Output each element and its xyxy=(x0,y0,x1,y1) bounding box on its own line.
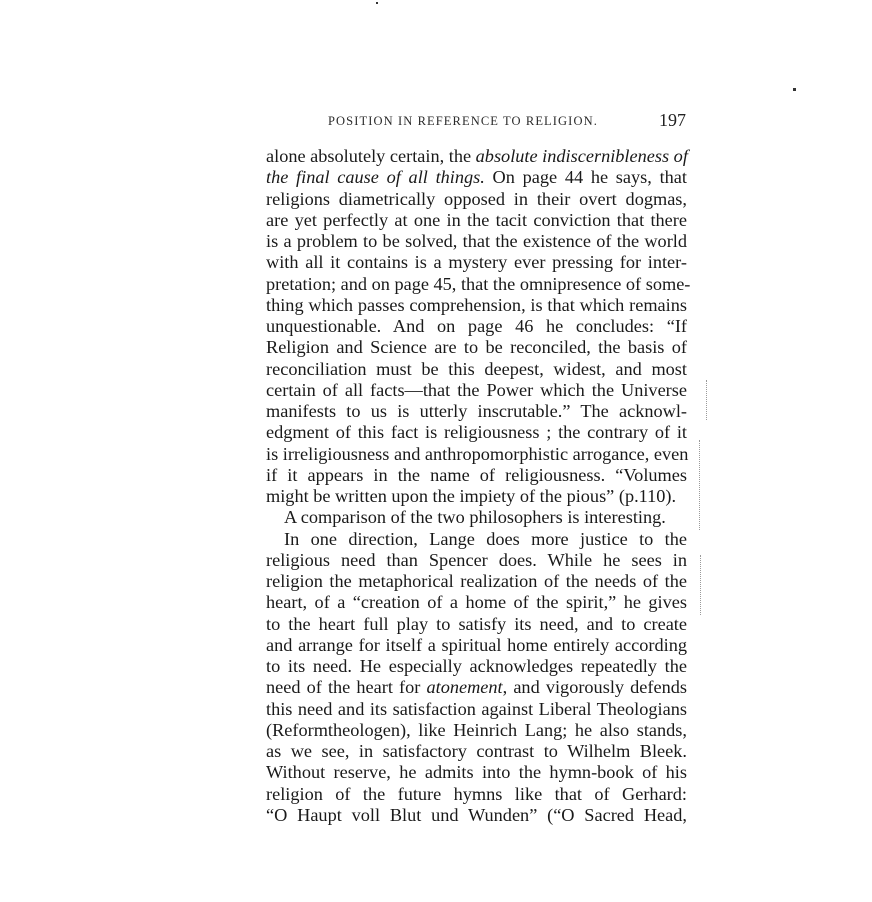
text-segment: Without reserve, he admits into the hymn… xyxy=(266,762,687,782)
text-line: thing which passes comprehension, is tha… xyxy=(266,295,687,316)
scan-speck xyxy=(793,88,796,91)
text-line: as we see, in satisfactory contrast to W… xyxy=(266,741,687,762)
text-segment: On page 44 he says, that xyxy=(485,167,687,187)
body-text: alone absolutely certain, the absolute i… xyxy=(266,146,687,826)
text-segment: need of the heart for xyxy=(266,677,426,697)
text-segment: religions diametrically opposed in their… xyxy=(266,189,687,209)
text-line: need of the heart for atonement, and vig… xyxy=(266,677,687,698)
text-line: to its need. He especially acknowledges … xyxy=(266,656,687,677)
text-segment: alone absolutely certain, the xyxy=(266,146,476,166)
text-segment: In one direction, Lange does more justic… xyxy=(284,529,687,549)
text-segment: unquestionable. And on page 46 he conclu… xyxy=(266,316,687,336)
text-segment: is a problem to be solved, that the exis… xyxy=(266,231,687,251)
margin-mark xyxy=(700,555,701,615)
text-line: with all it contains is a mystery ever p… xyxy=(266,252,687,273)
text-line: Without reserve, he admits into the hymn… xyxy=(266,762,687,783)
page-number: 197 xyxy=(659,110,686,131)
text-line: heart, of a “creation of a home of the s… xyxy=(266,592,687,613)
text-segment: this need and its satisfaction against L… xyxy=(266,699,687,719)
text-line: pretation; and on page 45, that the omni… xyxy=(266,274,687,295)
text-segment: (Reformtheologen), like Heinrich Lang; h… xyxy=(266,720,687,740)
text-segment: reconciliation must be this deepest, wid… xyxy=(266,359,687,379)
italic-text: atonement xyxy=(426,677,502,697)
text-segment: with all it contains is a mystery ever p… xyxy=(266,252,687,272)
text-line: to the heart full play to satisfy its ne… xyxy=(266,614,687,635)
text-segment: pretation; and on page 45, that the omni… xyxy=(266,274,690,294)
text-line: certain of all facts—that the Power whic… xyxy=(266,380,687,401)
text-line: and arrange for itself a spiritual home … xyxy=(266,635,687,656)
running-head: Position in Reference to Religion. 197 xyxy=(266,110,686,132)
text-line: A comparison of the two philosophers is … xyxy=(266,507,687,528)
text-line: is irreligiousness and anthropomorphisti… xyxy=(266,444,687,465)
italic-text: absolute indiscernibleness of xyxy=(476,146,688,166)
text-line: “O Haupt voll Blut und Wunden” (“O Sacre… xyxy=(266,805,687,826)
text-segment: certain of all facts—that the Power whic… xyxy=(266,380,687,400)
text-line: religion of the future hymns like that o… xyxy=(266,784,687,805)
text-segment: is irreligiousness and anthropomorphisti… xyxy=(266,444,688,464)
text-line: unquestionable. And on page 46 he conclu… xyxy=(266,316,687,337)
text-line: are yet perfectly at one in the tacit co… xyxy=(266,210,687,231)
text-segment: to the heart full play to satisfy its ne… xyxy=(266,614,687,634)
text-line: religion the metaphorical realization of… xyxy=(266,571,687,592)
margin-mark xyxy=(706,380,707,420)
text-segment: “O Haupt voll Blut und Wunden” (“O Sacre… xyxy=(266,805,687,825)
text-segment: if it appears in the name of religiousne… xyxy=(266,465,687,485)
text-segment: manifests to us is utterly inscrutable.”… xyxy=(266,401,687,421)
text-line: the final cause of all things. On page 4… xyxy=(266,167,687,188)
text-line: this need and its satisfaction against L… xyxy=(266,699,687,720)
book-page: Position in Reference to Religion. 197 a… xyxy=(0,0,872,902)
text-segment: and arrange for itself a spiritual home … xyxy=(266,635,687,655)
text-line: might be written upon the impiety of the… xyxy=(266,486,687,507)
text-segment: , and vigorously defends xyxy=(503,677,687,697)
text-line: edgment of this fact is religiousness ; … xyxy=(266,422,687,443)
scan-speck xyxy=(376,2,378,4)
text-line: reconciliation must be this deepest, wid… xyxy=(266,359,687,380)
text-segment: might be written upon the impiety of the… xyxy=(266,486,676,506)
text-segment: religion the metaphorical realization of… xyxy=(266,571,687,591)
text-segment: to its need. He especially acknowledges … xyxy=(266,656,687,676)
text-segment: are yet perfectly at one in the tacit co… xyxy=(266,210,687,230)
text-line: if it appears in the name of religiousne… xyxy=(266,465,687,486)
text-line: In one direction, Lange does more justic… xyxy=(266,529,687,550)
text-segment: thing which passes comprehension, is tha… xyxy=(266,295,687,315)
text-segment: A comparison of the two philosophers is … xyxy=(284,507,666,527)
text-line: manifests to us is utterly inscrutable.”… xyxy=(266,401,687,422)
text-segment: edgment of this fact is religiousness ; … xyxy=(266,422,687,442)
text-segment: religion of the future hymns like that o… xyxy=(266,784,687,804)
text-segment: Religion and Science are to be reconcile… xyxy=(266,337,687,357)
text-line: religious need than Spencer does. While … xyxy=(266,550,687,571)
running-title: Position in Reference to Religion. xyxy=(328,114,598,129)
text-line: religions diametrically opposed in their… xyxy=(266,189,687,210)
text-line: alone absolutely certain, the absolute i… xyxy=(266,146,687,167)
text-segment: as we see, in satisfactory contrast to W… xyxy=(266,741,687,761)
text-segment: heart, of a “creation of a home of the s… xyxy=(266,592,687,612)
text-line: (Reformtheologen), like Heinrich Lang; h… xyxy=(266,720,687,741)
text-line: is a problem to be solved, that the exis… xyxy=(266,231,687,252)
margin-mark xyxy=(699,440,700,530)
text-segment: religious need than Spencer does. While … xyxy=(266,550,687,570)
italic-text: the final cause of all things. xyxy=(266,167,485,187)
text-line: Religion and Science are to be reconcile… xyxy=(266,337,687,358)
